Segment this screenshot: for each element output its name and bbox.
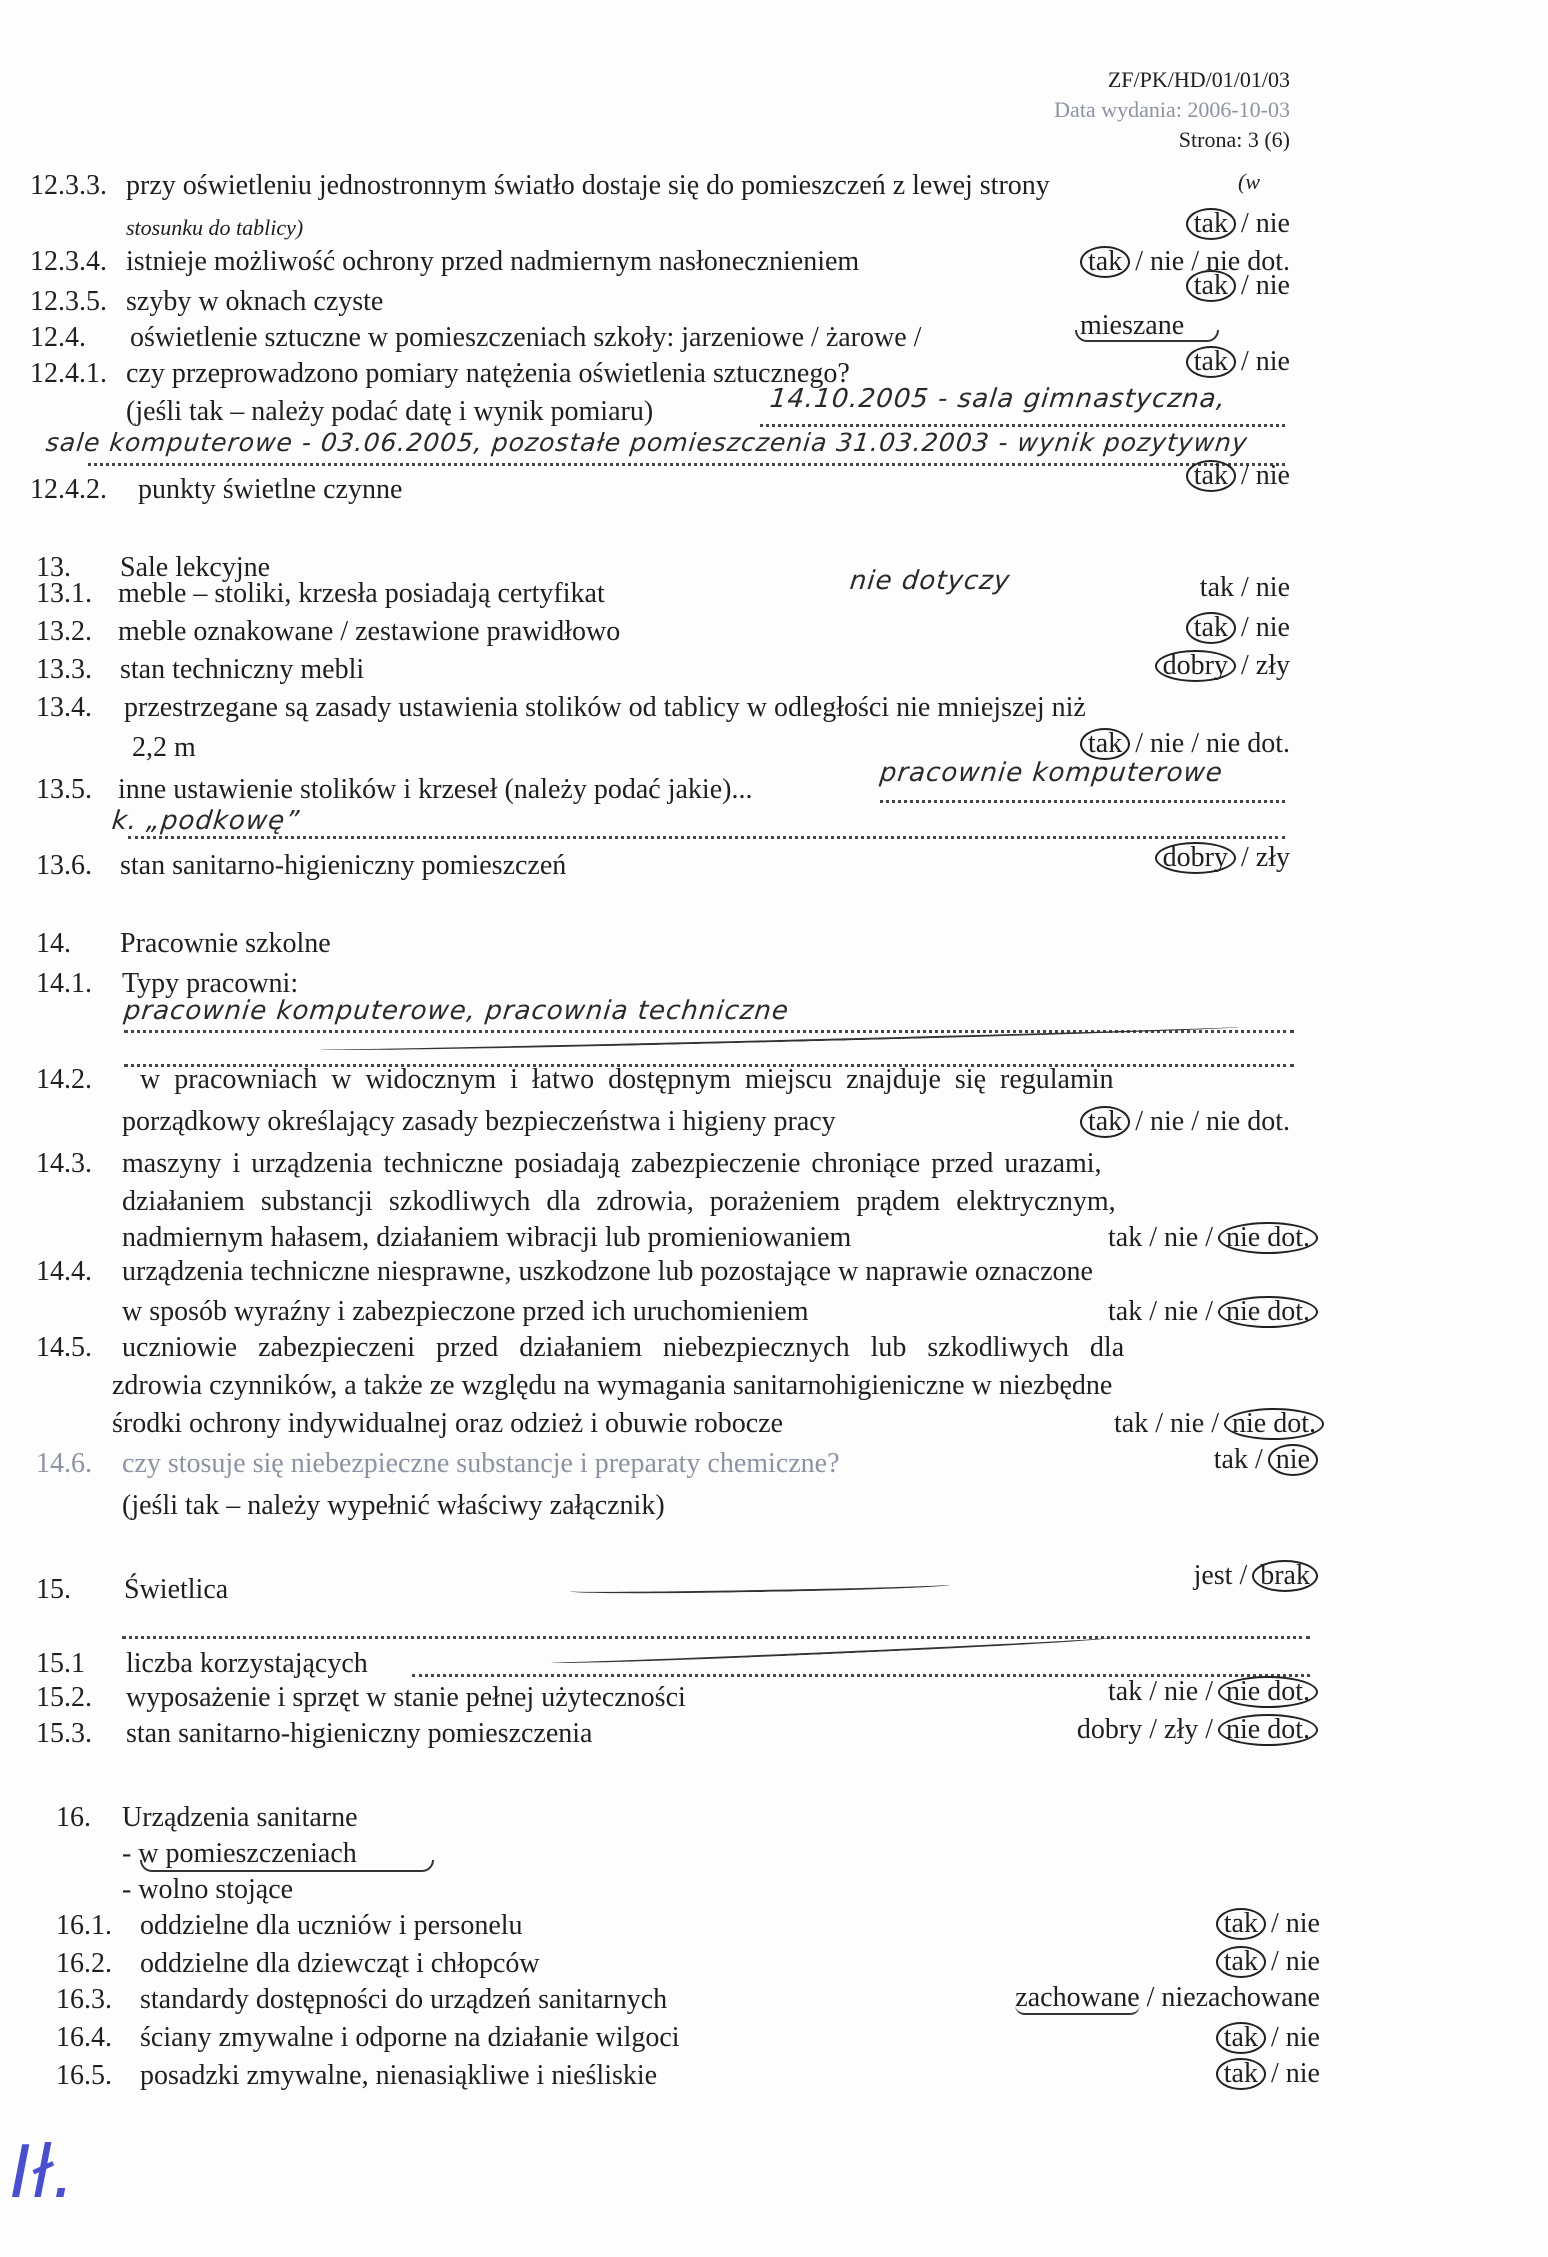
selected-answer[interactable]: dobry bbox=[1155, 650, 1236, 682]
item-number: 13.1. bbox=[36, 578, 92, 610]
item-text: urządzenia techniczne niesprawne, uszkod… bbox=[122, 1256, 1093, 1288]
item-number: 16.1. bbox=[56, 1910, 112, 1942]
answer-rest: jest / bbox=[1194, 1560, 1248, 1591]
section-number: 16. bbox=[56, 1802, 91, 1834]
item-text: meble oznakowane / zestawione prawidłowo bbox=[118, 616, 620, 648]
section-number: 14. bbox=[36, 928, 71, 960]
item-number: 13.4. bbox=[36, 692, 92, 724]
answer-options: zachowane / niezachowane bbox=[1015, 1982, 1320, 2014]
fill-line bbox=[128, 836, 1285, 839]
handwritten-answer: pracownie komputerowe bbox=[878, 758, 1224, 788]
selected-answer[interactable]: brak bbox=[1252, 1560, 1318, 1592]
selected-answer[interactable]: tak bbox=[1186, 460, 1236, 492]
section-number: 15. bbox=[36, 1574, 71, 1606]
answer-rest: tak / nie / bbox=[1108, 1222, 1213, 1253]
item-number: 12.4.1. bbox=[30, 358, 107, 390]
item-text: porządkowy określający zasady bezpieczeń… bbox=[122, 1106, 836, 1138]
item-number: 14.5. bbox=[36, 1332, 92, 1364]
fill-line bbox=[88, 463, 1285, 466]
item-text: nadmiernym hałasem, działaniem wibracji … bbox=[122, 1222, 851, 1254]
item-text: stan sanitarno-higieniczny pomieszczeń bbox=[120, 850, 566, 882]
selected-answer[interactable]: tak bbox=[1216, 1908, 1266, 1940]
item-text: zdrowia czynników, a także ze względu na… bbox=[112, 1370, 1112, 1402]
handwritten-answer: nie dotyczy bbox=[848, 566, 1011, 596]
answer-options: dobry / zły bbox=[1157, 650, 1290, 682]
item-text: przy oświetleniu jednostronnym światło d… bbox=[126, 170, 1050, 202]
item-number: 12.3.4. bbox=[30, 246, 107, 278]
answer-options: tak / nie / nie dot. bbox=[1108, 1222, 1316, 1254]
answer-rest: / nie bbox=[1241, 270, 1290, 301]
item-number: 16.2. bbox=[56, 1948, 112, 1980]
selected-answer[interactable]: tak bbox=[1186, 346, 1236, 378]
answer-options: tak / nie bbox=[1188, 270, 1290, 302]
answer-rest: dobry / zły / bbox=[1077, 1714, 1213, 1745]
item-text: liczba korzystających bbox=[126, 1648, 368, 1680]
selection-underline bbox=[140, 1860, 434, 1872]
item-text: oddzielne dla dziewcząt i chłopców bbox=[140, 1948, 540, 1980]
answer-rest: / zły bbox=[1241, 650, 1290, 681]
item-number: 14.4. bbox=[36, 1256, 92, 1288]
selected-answer[interactable]: nie dot. bbox=[1218, 1296, 1318, 1328]
item-number: 12.4.2. bbox=[30, 474, 107, 506]
issue-date: Data wydania: 2006-10-03 bbox=[1054, 96, 1290, 124]
item-text: inne ustawienie stolików i krzeseł (nale… bbox=[118, 774, 752, 806]
item-number: 15.3. bbox=[36, 1718, 92, 1750]
item-text: działaniem substancji szkodliwych dla zd… bbox=[122, 1186, 1116, 1218]
item-text: środki ochrony indywidualnej oraz odzież… bbox=[112, 1408, 783, 1440]
item-number: 16.5. bbox=[56, 2060, 112, 2092]
page-number: Strona: 3 (6) bbox=[1179, 126, 1290, 154]
item-number: 15.2. bbox=[36, 1682, 92, 1714]
answer-rest: / nie bbox=[1271, 1946, 1320, 1977]
selected-answer[interactable]: nie bbox=[1268, 1444, 1318, 1476]
answer-rest: / nie bbox=[1241, 208, 1290, 239]
item-text: uczniowie zabezpieczeni przed działaniem… bbox=[122, 1332, 1124, 1364]
answer-options: tak / nie bbox=[1188, 612, 1290, 644]
item-text: 2,2 m bbox=[132, 732, 196, 764]
item-text: w pracowniach w widocznym i łatwo dostęp… bbox=[140, 1064, 1114, 1096]
item-number: 14.1. bbox=[36, 968, 92, 1000]
handwritten-answer: 14.10.2005 - sala gimnastyczna, bbox=[768, 384, 1227, 414]
answer-options: tak / nie bbox=[1218, 1946, 1320, 1978]
answer-options: tak / nie bbox=[1214, 1444, 1316, 1476]
selected-answer[interactable]: nie dot. bbox=[1218, 1676, 1318, 1708]
selected-answer[interactable]: tak bbox=[1216, 1946, 1266, 1978]
answer-rest: tak / nie / bbox=[1108, 1296, 1213, 1327]
answer-rest: / nie bbox=[1241, 346, 1290, 377]
selected-answer[interactable]: tak bbox=[1186, 612, 1236, 644]
item-text: posadzki zmywalne, nienasiąkliwe i nieśl… bbox=[140, 2060, 657, 2092]
fill-line bbox=[760, 424, 1285, 427]
answer-rest: / nie bbox=[1271, 2058, 1320, 2089]
section-title: Świetlica bbox=[124, 1574, 228, 1606]
selected-answer[interactable]: tak bbox=[1080, 246, 1130, 278]
item-text: w sposób wyraźny i zabezpieczone przed i… bbox=[122, 1296, 809, 1328]
item-number: 13.2. bbox=[36, 616, 92, 648]
selection-underline bbox=[1075, 330, 1219, 342]
item-text: oddzielne dla uczniów i personelu bbox=[140, 1910, 523, 1942]
item-note: stosunku do tablicy) bbox=[126, 212, 303, 244]
handwritten-answer: sale komputerowe - 03.06.2005, pozostałe… bbox=[44, 428, 1249, 457]
item-number: 13.6. bbox=[36, 850, 92, 882]
answer-options: dobry / zły bbox=[1157, 842, 1290, 874]
answer-rest: / nie / nie dot. bbox=[1135, 1106, 1290, 1137]
answer-rest: / zły bbox=[1241, 842, 1290, 873]
item-text: przestrzegane są zasady ustawienia stoli… bbox=[124, 692, 1086, 724]
item-number: 16.3. bbox=[56, 1984, 112, 2016]
item-number: 15.1 bbox=[36, 1648, 85, 1680]
answer-options: tak / nie bbox=[1188, 460, 1290, 492]
item-text: oświetlenie sztuczne w pomieszczeniach s… bbox=[130, 322, 921, 354]
selected-answer[interactable]: nie dot. bbox=[1224, 1408, 1324, 1440]
selected-answer[interactable]: zachowane bbox=[1015, 1982, 1139, 2015]
selected-answer[interactable]: tak bbox=[1186, 270, 1236, 302]
subtype-option[interactable]: - wolno stojące bbox=[122, 1874, 293, 1906]
selected-answer[interactable]: nie dot. bbox=[1218, 1222, 1318, 1254]
section-title: Urządzenia sanitarne bbox=[122, 1802, 358, 1834]
item-text: standardy dostępności do urządzeń sanita… bbox=[140, 1984, 667, 2016]
fill-line bbox=[122, 1636, 1310, 1639]
answer-options: tak / nie / nie dot. bbox=[1114, 1408, 1322, 1440]
answer-rest: tak / nie / bbox=[1114, 1408, 1219, 1439]
answer-rest: / niezachowane bbox=[1147, 1982, 1320, 2013]
item-text: (jeśli tak – należy wypełnić właściwy za… bbox=[122, 1490, 665, 1522]
selected-answer[interactable]: tak bbox=[1080, 728, 1130, 760]
item-text: meble – stoliki, krzesła posiadają certy… bbox=[118, 578, 605, 610]
signature-initials: Ił. bbox=[10, 2130, 75, 2214]
item-text: stan sanitarno-higieniczny pomieszczenia bbox=[126, 1718, 592, 1750]
item-subtext: (jeśli tak – należy podać datę i wynik p… bbox=[126, 396, 653, 428]
item-number: 14.2. bbox=[36, 1064, 92, 1096]
item-number: 13.5. bbox=[36, 774, 92, 806]
item-text: ściany zmywalne i odporne na działanie w… bbox=[140, 2022, 680, 2054]
item-text: czy przeprowadzono pomiary natężenia ośw… bbox=[126, 358, 850, 390]
answer-options: dobry / zły / nie dot. bbox=[1077, 1714, 1316, 1746]
item-text: wyposażenie i sprzęt w stanie pełnej uży… bbox=[126, 1682, 686, 1714]
answer-rest: / nie bbox=[1241, 612, 1290, 643]
answer-rest: tak / bbox=[1214, 1444, 1263, 1475]
answer-rest: / nie bbox=[1241, 460, 1290, 491]
answer-rest: / nie / nie dot. bbox=[1135, 728, 1290, 759]
answer-options: tak / nie / nie dot. bbox=[1108, 1296, 1316, 1328]
selected-answer[interactable]: dobry bbox=[1155, 842, 1236, 874]
selected-answer[interactable]: nie dot. bbox=[1218, 1714, 1318, 1746]
item-number: 12.4. bbox=[30, 322, 86, 354]
fill-line bbox=[880, 800, 1285, 803]
item-text: maszyny i urządzenia techniczne posiadaj… bbox=[122, 1148, 1102, 1180]
item-number: 13.3. bbox=[36, 654, 92, 686]
handwritten-stroke bbox=[320, 1023, 1240, 1053]
answer-rest: / nie bbox=[1271, 2022, 1320, 2053]
item-note: (w bbox=[1238, 166, 1260, 198]
item-number: 14.6. bbox=[36, 1448, 92, 1480]
answer-options: tak / nie bbox=[1218, 1908, 1320, 1940]
item-number: 16.4. bbox=[56, 2022, 112, 2054]
answer-options: tak / nie bbox=[1200, 572, 1290, 604]
answer-options: tak / nie bbox=[1218, 2022, 1320, 2054]
section-title: Pracownie szkolne bbox=[120, 928, 331, 960]
answer-options: tak / nie bbox=[1218, 2058, 1320, 2090]
answer-options: tak / nie / nie dot. bbox=[1108, 1676, 1316, 1708]
answer-options: tak / nie bbox=[1188, 346, 1290, 378]
document-code: ZF/PK/HD/01/01/03 bbox=[1108, 66, 1290, 94]
item-text: czy stosuje się niebezpieczne substancje… bbox=[122, 1448, 840, 1480]
selected-answer[interactable]: tak bbox=[1080, 1106, 1130, 1138]
selected-answer[interactable]: tak bbox=[1216, 2058, 1266, 2090]
item-text: istnieje możliwość ochrony przed nadmier… bbox=[126, 246, 859, 278]
answer-rest: tak / nie / bbox=[1108, 1676, 1213, 1707]
answer-options: tak / nie bbox=[1188, 208, 1290, 240]
item-number: 12.3.3. bbox=[30, 170, 107, 202]
handwritten-answer: k. „podkowę” bbox=[110, 806, 301, 836]
item-text: stan techniczny mebli bbox=[120, 654, 364, 686]
answer-rest: / nie bbox=[1271, 1908, 1320, 1939]
item-text: szyby w oknach czyste bbox=[126, 286, 383, 318]
item-text: punkty świetlne czynne bbox=[138, 474, 402, 506]
answer-options: jest / brak bbox=[1194, 1560, 1316, 1592]
item-number: 14.3. bbox=[36, 1148, 92, 1180]
answer-options: tak / nie / nie dot. bbox=[1082, 1106, 1290, 1138]
handwritten-answer: pracownie komputerowe, pracownia technic… bbox=[122, 996, 790, 1026]
selected-answer[interactable]: tak bbox=[1186, 208, 1236, 240]
answer-options: tak / nie / nie dot. bbox=[1082, 728, 1290, 760]
selected-answer[interactable]: tak bbox=[1216, 2022, 1266, 2054]
handwritten-stroke bbox=[570, 1581, 950, 1596]
document-page: ZF/PK/HD/01/01/03 Data wydania: 2006-10-… bbox=[0, 0, 1548, 2257]
item-number: 12.3.5. bbox=[30, 286, 107, 318]
